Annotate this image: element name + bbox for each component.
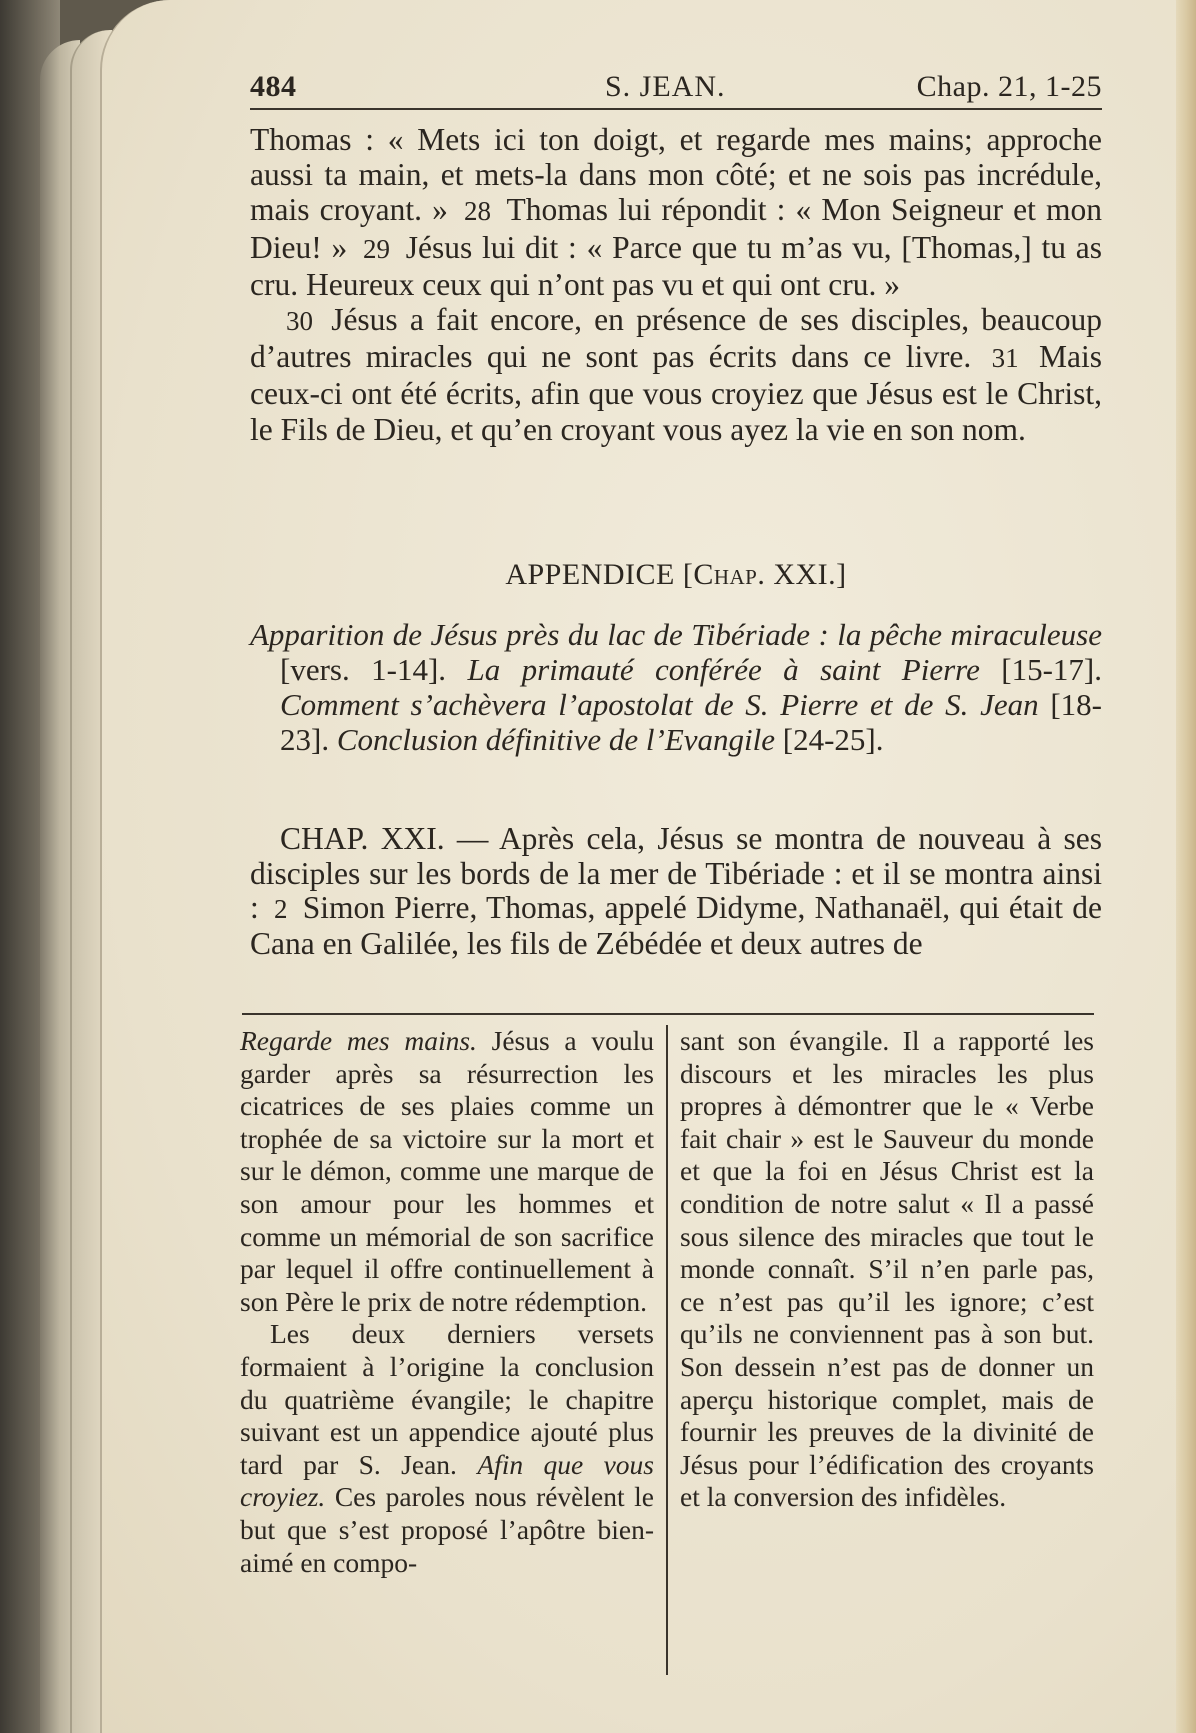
chapter-text: CHAP. XXI. — Après cela, Jésus se montra… [250,822,1102,961]
appendix-title: APPENDICE [505,558,675,591]
footnote-divider [242,1013,1094,1015]
summary-italic: Comment s’achèvera l’apostolat de S. Pie… [280,687,1039,722]
chapter-heading: CHAP. XXI. — [280,821,488,856]
verse-number: 31 [992,343,1019,373]
verse-number: 30 [286,306,313,336]
chapter-reference: Chap. 21, 1-25 [917,70,1102,104]
footnote-column-left: Regarde mes mains. Jésus a voulu garder … [240,1025,654,1685]
footnote-text: sant son évangile. Il a rapporté les dis… [680,1025,1094,1512]
verse-number: 29 [363,234,390,264]
summary-italic: La primauté conférée à saint Pierre [467,652,979,687]
chapter-summary: Apparition de Jésus près du lac de Tibér… [250,617,1102,757]
running-header: 484 S. JEAN. Chap. 21, 1-25 [250,66,1102,110]
verse-text: Simon Pierre, Thomas, appelé Didyme, Nat… [250,890,1102,961]
verse-number: 2 [274,894,288,924]
appendix-chapter: [Chap. XXI.] [683,558,847,591]
verse-paragraph: Thomas : « Mets ici ton doigt, et regard… [250,122,1102,302]
summary-ref: [vers. 1-14]. [280,652,446,687]
verse-number: 28 [464,196,491,226]
summary-italic: Conclusion définitive de l’Evangile [337,722,775,757]
page-number: 484 [250,70,297,104]
book-title: S. JEAN. [605,70,726,104]
verse-text: Jésus a fait encore, en présence de ses … [250,302,1102,374]
footnote-paragraph: Les deux derniers versets formaient à l’… [240,1318,654,1579]
footnote-paragraph: sant son évangile. Il a rapporté les dis… [680,1025,1094,1514]
summary-italic: Apparition de Jésus près du lac de Tibér… [250,617,1102,652]
footnote-column-right: sant son évangile. Il a rapporté les dis… [680,1025,1094,1685]
section-heading: APPENDICE [Chap. XXI.] [250,558,1102,592]
main-text: Thomas : « Mets ici ton doigt, et regard… [250,122,1102,447]
summary-ref: [15-17]. [1001,652,1102,687]
footnote-lemma: Regarde mes mains. [240,1025,477,1056]
footnotes: Regarde mes mains. Jésus a voulu garder … [240,1025,1096,1685]
summary-ref: [24-25]. [783,722,884,757]
footnote-paragraph: Regarde mes mains. Jésus a voulu garder … [240,1025,654,1318]
verse-paragraph: 30 Jésus a fait encore, en présence de s… [250,302,1102,447]
column-divider [666,1025,668,1675]
footnote-text: Jésus a voulu garder après sa résurrecti… [240,1025,654,1317]
